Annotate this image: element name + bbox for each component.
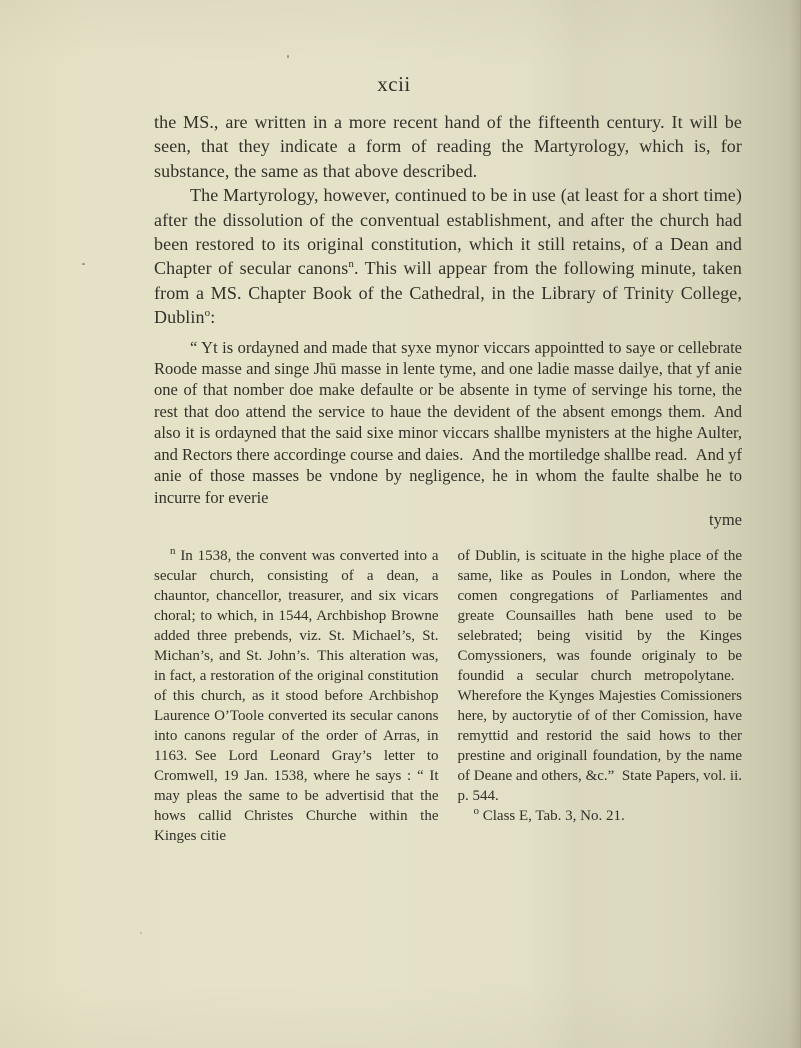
book-page: xcii the MS., are written in a more rece… [0,0,801,1048]
footnote-text: of Dublin, is scituate in the highe plac… [458,548,743,804]
paragraph-text: : [210,307,215,327]
footnote-marker-n: n [170,545,176,557]
paragraph-manuscript-hand: the MS., are written in a more recent ha… [154,110,742,183]
footnote-n-part-2: of Dublin, is scituate in the highe plac… [458,546,743,806]
footnote-column-left: n In 1538, the convent was converted int… [154,546,439,846]
catchword: tyme [154,509,742,531]
main-text-block: the MS., are written in a more recent ha… [154,110,742,846]
footnote-o: o Class E, Tab. 3, No. 21. [458,806,743,826]
page-number: xcii [0,72,788,97]
footnote-text: In 1538, the convent was converted into … [154,548,439,844]
footnote-marker-o: o [474,805,480,817]
footnotes-section: n In 1538, the convent was converted int… [154,546,742,846]
paper-speck [287,55,289,58]
footnote-column-right: of Dublin, is scituate in the highe plac… [458,546,743,846]
paragraph-martyrology-use: The Martyrology, however, continued to b… [154,183,742,329]
chapter-book-quotation: “ Yt is ordayned and made that syxe myno… [154,337,742,508]
paper-speck [140,932,142,934]
paper-speck [82,263,85,265]
footnote-text: Class E, Tab. 3, No. 21. [483,808,625,824]
page-right-edge-shadow [789,0,801,1048]
footnote-n-part-1: n In 1538, the convent was converted int… [154,546,439,846]
